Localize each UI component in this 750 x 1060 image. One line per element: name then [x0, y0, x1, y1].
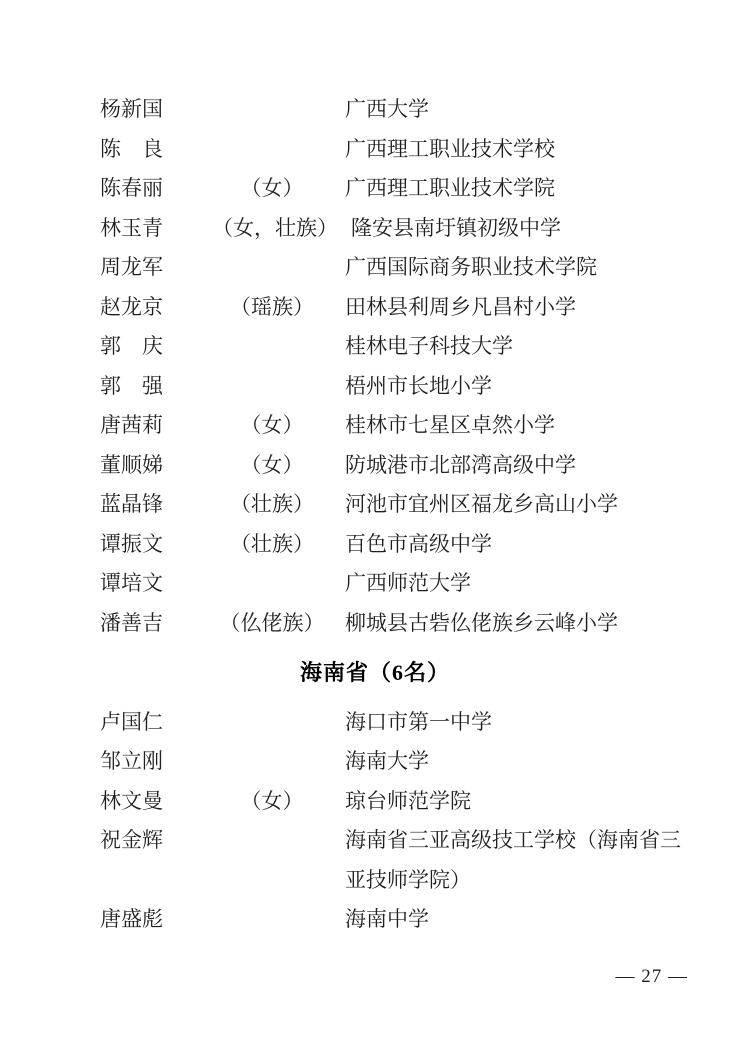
list-item: 谭振文 （壮族） 百色市高级中学 [100, 525, 700, 565]
list-item: 林文曼 （女） 琼台师范学院 [100, 782, 700, 822]
list-item: 陈春丽 （女） 广西理工职业技术学院 [100, 169, 700, 209]
person-institution: 百色市高级中学 [332, 525, 700, 565]
person-institution: 柳城县古砦仫佬族乡云峰小学 [332, 604, 700, 644]
person-institution: 海南大学 [332, 742, 700, 782]
person-institution: 海口市第一中学 [332, 703, 700, 743]
name-list-guangxi-continued: 杨新国 广西大学 陈 良 广西理工职业技术学校 陈春丽 （女） 广西理工职业技术… [100, 90, 700, 643]
person-name: 祝金辉 [100, 821, 212, 861]
list-item: 潘善吉 （仫佬族） 柳城县古砦仫佬族乡云峰小学 [100, 604, 700, 644]
document-page: 杨新国 广西大学 陈 良 广西理工职业技术学校 陈春丽 （女） 广西理工职业技术… [0, 0, 750, 1060]
list-item: 赵龙京 （瑶族） 田林县利周乡凡昌村小学 [100, 288, 700, 328]
list-item: 周龙军 广西国际商务职业技术学院 [100, 248, 700, 288]
person-name: 周龙军 [100, 248, 212, 288]
person-institution: 梧州市长地小学 [332, 367, 700, 407]
person-name: 谭培文 [100, 564, 212, 604]
person-name: 卢国仁 [100, 703, 212, 743]
person-institution: 广西师范大学 [332, 564, 700, 604]
person-institution: 海南中学 [332, 900, 700, 940]
person-gender-ethnicity-note: （壮族） [212, 525, 332, 565]
name-list-hainan: 卢国仁 海口市第一中学 邹立刚 海南大学 林文曼 （女） 琼台师范学院 祝金辉 … [100, 703, 700, 940]
list-item: 唐盛彪 海南中学 [100, 900, 700, 940]
person-institution: 广西大学 [332, 90, 700, 130]
person-name: 谭振文 [100, 525, 212, 565]
person-institution: 广西理工职业技术学院 [332, 169, 700, 209]
person-gender-ethnicity-note: （女） [212, 446, 332, 486]
person-gender-ethnicity-note: （仫佬族） [212, 604, 332, 644]
person-name: 唐茜莉 [100, 406, 212, 446]
person-institution: 海南省三亚高级技工学校（海南省三 亚技师学院） [332, 821, 700, 900]
list-item: 郭 庆 桂林电子科技大学 [100, 327, 700, 367]
person-gender-ethnicity-note: （女，壮族） [212, 209, 338, 249]
person-name: 郭 庆 [100, 327, 212, 367]
person-name: 陈 良 [100, 130, 212, 170]
person-name: 唐盛彪 [100, 900, 212, 940]
person-name: 林玉青 [100, 209, 212, 249]
person-institution: 田林县利周乡凡昌村小学 [332, 288, 700, 328]
person-institution: 防城港市北部湾高级中学 [332, 446, 700, 486]
list-item: 杨新国 广西大学 [100, 90, 700, 130]
person-name: 潘善吉 [100, 604, 212, 644]
person-name: 林文曼 [100, 782, 212, 822]
page-number: — 27 — [616, 966, 689, 988]
list-item: 董顺娣 （女） 防城港市北部湾高级中学 [100, 446, 700, 486]
person-institution: 广西理工职业技术学校 [332, 130, 700, 170]
person-institution: 琼台师范学院 [332, 782, 700, 822]
person-institution: 广西国际商务职业技术学院 [332, 248, 700, 288]
person-name: 董顺娣 [100, 446, 212, 486]
person-institution: 桂林电子科技大学 [332, 327, 700, 367]
person-institution: 桂林市七星区卓然小学 [332, 406, 700, 446]
person-gender-ethnicity-note: （女） [212, 169, 332, 209]
person-name: 陈春丽 [100, 169, 212, 209]
person-gender-ethnicity-note: （瑶族） [212, 288, 332, 328]
list-item: 陈 良 广西理工职业技术学校 [100, 130, 700, 170]
person-name: 赵龙京 [100, 288, 212, 328]
person-institution: 河池市宜州区福龙乡高山小学 [332, 485, 700, 525]
person-gender-ethnicity-note: （女） [212, 782, 332, 822]
list-item: 谭培文 广西师范大学 [100, 564, 700, 604]
list-item: 林玉青 （女，壮族） 隆安县南圩镇初级中学 [100, 209, 700, 249]
person-name: 蓝晶锋 [100, 485, 212, 525]
person-name: 邹立刚 [100, 742, 212, 782]
person-name: 郭 强 [100, 367, 212, 407]
list-item: 郭 强 梧州市长地小学 [100, 367, 700, 407]
list-item: 邹立刚 海南大学 [100, 742, 700, 782]
person-gender-ethnicity-note: （女） [212, 406, 332, 446]
list-item: 蓝晶锋 （壮族） 河池市宜州区福龙乡高山小学 [100, 485, 700, 525]
list-item: 祝金辉 海南省三亚高级技工学校（海南省三 亚技师学院） [100, 821, 700, 900]
section-header-hainan: 海南省（6名） [0, 653, 750, 693]
page-content: 杨新国 广西大学 陈 良 广西理工职业技术学校 陈春丽 （女） 广西理工职业技术… [100, 90, 700, 940]
person-institution: 隆安县南圩镇初级中学 [338, 209, 700, 249]
person-name: 杨新国 [100, 90, 212, 130]
list-item: 卢国仁 海口市第一中学 [100, 703, 700, 743]
person-gender-ethnicity-note: （壮族） [212, 485, 332, 525]
list-item: 唐茜莉 （女） 桂林市七星区卓然小学 [100, 406, 700, 446]
